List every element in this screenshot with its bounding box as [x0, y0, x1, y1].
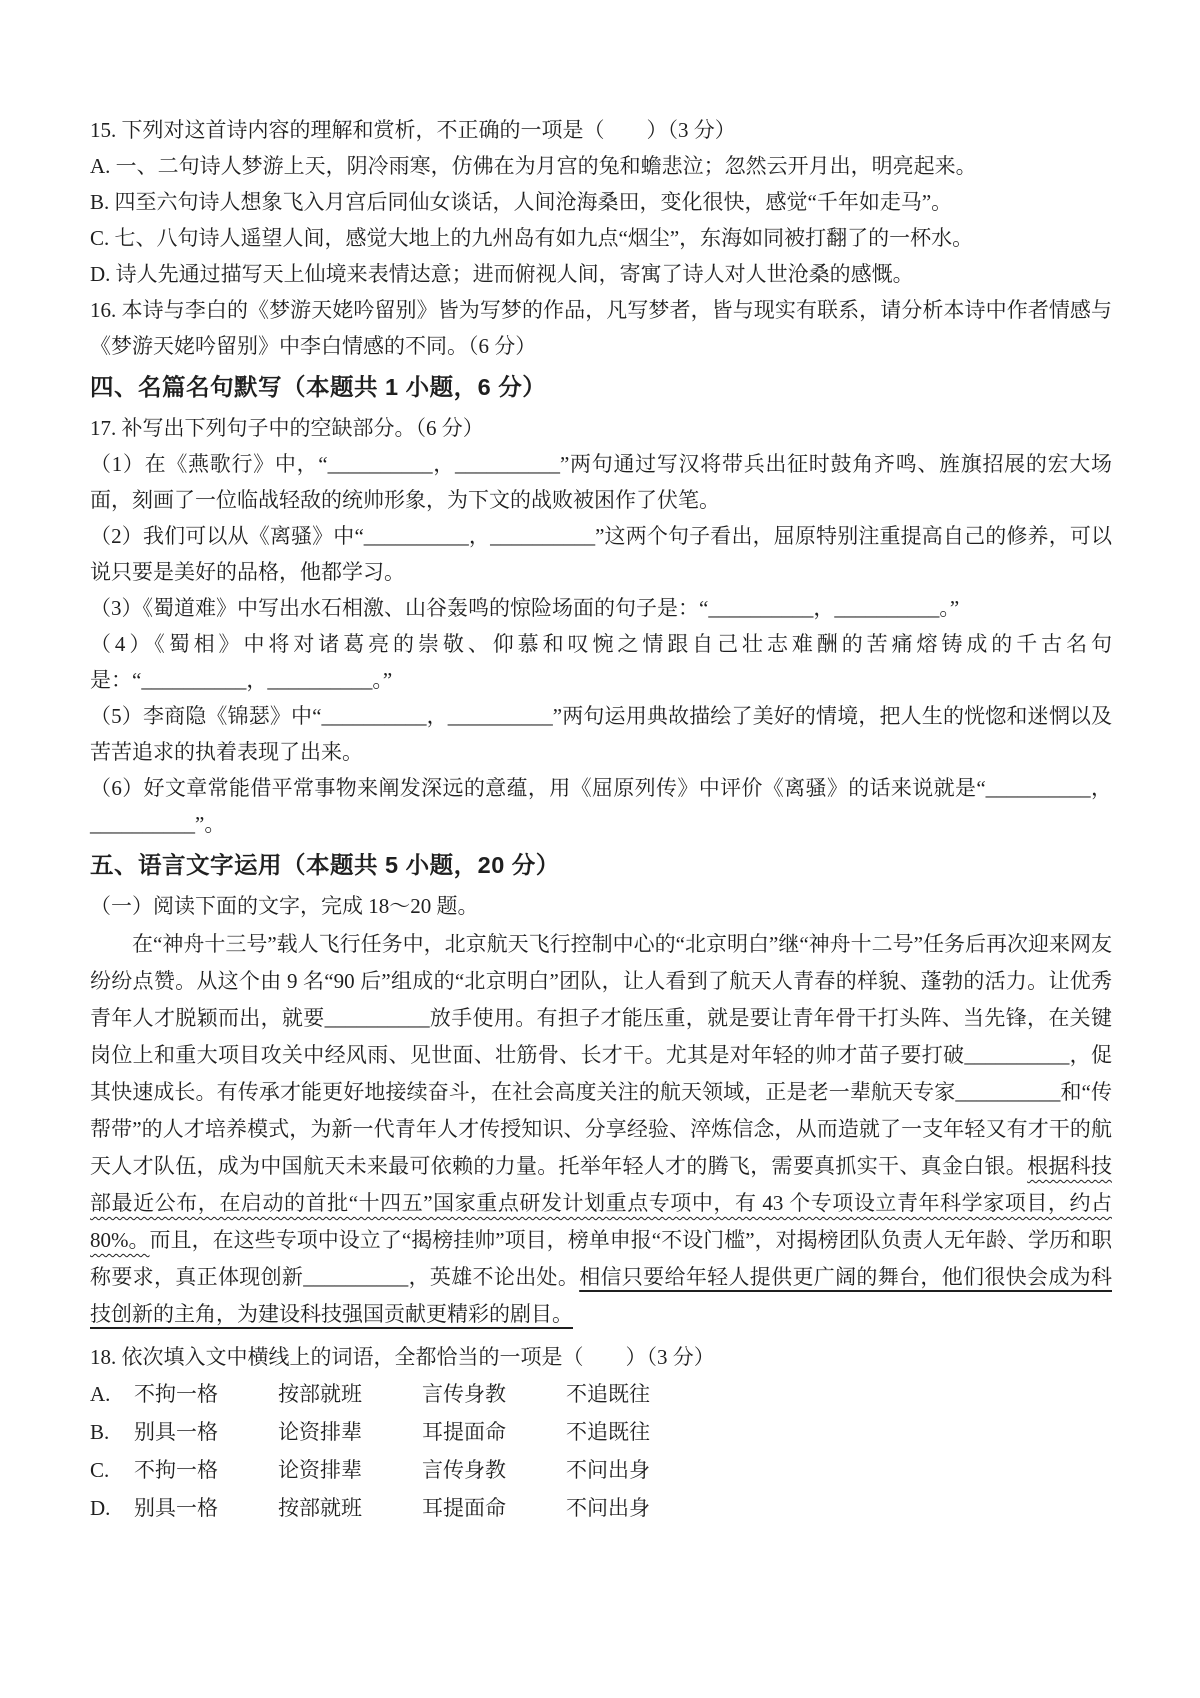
q15-stem: 15. 下列对这首诗内容的理解和赏析，不正确的一项是（ ）（3 分）: [90, 112, 1112, 148]
q17-item-5: （5）李商隐《锦瑟》中“__________，__________”两句运用典故…: [90, 698, 1112, 770]
q18-option-c-word-1: 不拘一格: [134, 1451, 278, 1489]
q18-option-b-word-4: 不追既往: [566, 1413, 710, 1451]
q18-option-b: B.别具一格论资排辈耳提面命不追既往: [90, 1413, 1112, 1451]
q18-option-a-word-3: 言传身教: [422, 1375, 566, 1413]
q18-option-c: C.不拘一格论资排辈言传身教不问出身: [90, 1451, 1112, 1489]
passage-segment-normal: 在“神舟十三号”载人飞行任务中，北京航天飞行控制中心的“北京明白”继“神舟十二号…: [90, 932, 1112, 1178]
q18-option-d-word-3: 耳提面命: [422, 1489, 566, 1527]
passage-paragraph: 在“神舟十三号”载人飞行任务中，北京航天飞行控制中心的“北京明白”继“神舟十二号…: [90, 926, 1112, 1333]
q18-option-c-word-4: 不问出身: [566, 1451, 710, 1489]
passage-intro: （一）阅读下面的文字，完成 18～20 题。: [90, 888, 1112, 924]
q18-option-d-word-2: 按部就班: [278, 1489, 422, 1527]
q18-stem: 18. 依次填入文中横线上的词语，全都恰当的一项是（ ）（3 分）: [90, 1339, 1112, 1375]
q15-option-b: B. 四至六句诗人想象飞入月宫后同仙女谈话，人间沧海桑田，变化很快，感觉“千年如…: [90, 184, 1112, 220]
q18-option-d-word-4: 不问出身: [566, 1489, 710, 1527]
exam-page: 15. 下列对这首诗内容的理解和赏析，不正确的一项是（ ）（3 分）A. 一、二…: [0, 0, 1200, 1698]
exam-content: 15. 下列对这首诗内容的理解和赏析，不正确的一项是（ ）（3 分）A. 一、二…: [90, 112, 1112, 1527]
q15-option-a: A. 一、二句诗人梦游上天，阴冷雨寒，仿佛在为月宫的兔和蟾悲泣；忽然云开月出，明…: [90, 148, 1112, 184]
q17-stem: 17. 补写出下列句子中的空缺部分。（6 分）: [90, 410, 1112, 446]
q18-option-b-word-1: 别具一格: [134, 1413, 278, 1451]
q17-item-6: （6）好文章常能借平常事物来阐发深远的意蕴，用《屈原列传》中评价《离骚》的话来说…: [90, 770, 1112, 842]
section-4-heading: 四、名篇名句默写（本题共 1 小题，6 分）: [90, 365, 1112, 409]
q18-option-d: D.别具一格按部就班耳提面命不问出身: [90, 1489, 1112, 1527]
q18-option-d-word-1: 别具一格: [134, 1489, 278, 1527]
q18-option-c-label: C.: [90, 1451, 134, 1489]
q17-item-4: （4）《蜀相》中将对诸葛亮的崇敬、仰慕和叹惋之情跟自己壮志难酬的苦痛熔铸成的千古…: [90, 626, 1112, 698]
section-5-heading: 五、语言文字运用（本题共 5 小题，20 分）: [90, 843, 1112, 887]
q18-option-a-word-2: 按部就班: [278, 1375, 422, 1413]
q15-option-d: D. 诗人先通过描写天上仙境来表情达意；进而俯视人间，寄寓了诗人对人世沧桑的感慨…: [90, 256, 1112, 292]
q18-option-d-label: D.: [90, 1489, 134, 1527]
q18-option-b-label: B.: [90, 1413, 134, 1451]
q17-item-3: （3）《蜀道难》中写出水石相激、山谷轰鸣的惊险场面的句子是：“_________…: [90, 590, 1112, 626]
q18-option-a-word-4: 不追既往: [566, 1375, 710, 1413]
q16-stem: 16. 本诗与李白的《梦游天姥吟留别》皆为写梦的作品，凡写梦者，皆与现实有联系，…: [90, 292, 1112, 364]
q18-option-c-word-2: 论资排辈: [278, 1451, 422, 1489]
q18-option-a-word-1: 不拘一格: [134, 1375, 278, 1413]
q15-option-c: C. 七、八句诗人遥望人间，感觉大地上的九州岛有如九点“烟尘”，东海如同被打翻了…: [90, 220, 1112, 256]
q18-option-b-word-2: 论资排辈: [278, 1413, 422, 1451]
q17-item-1: （1）在《燕歌行》中，“__________，__________”两句通过写汉…: [90, 446, 1112, 518]
q18-option-a: A.不拘一格按部就班言传身教不追既往: [90, 1375, 1112, 1413]
q18-option-a-label: A.: [90, 1375, 134, 1413]
q18-option-c-word-3: 言传身教: [422, 1451, 566, 1489]
q18-option-b-word-3: 耳提面命: [422, 1413, 566, 1451]
q17-item-2: （2）我们可以从《离骚》中“__________，__________”这两个句…: [90, 518, 1112, 590]
